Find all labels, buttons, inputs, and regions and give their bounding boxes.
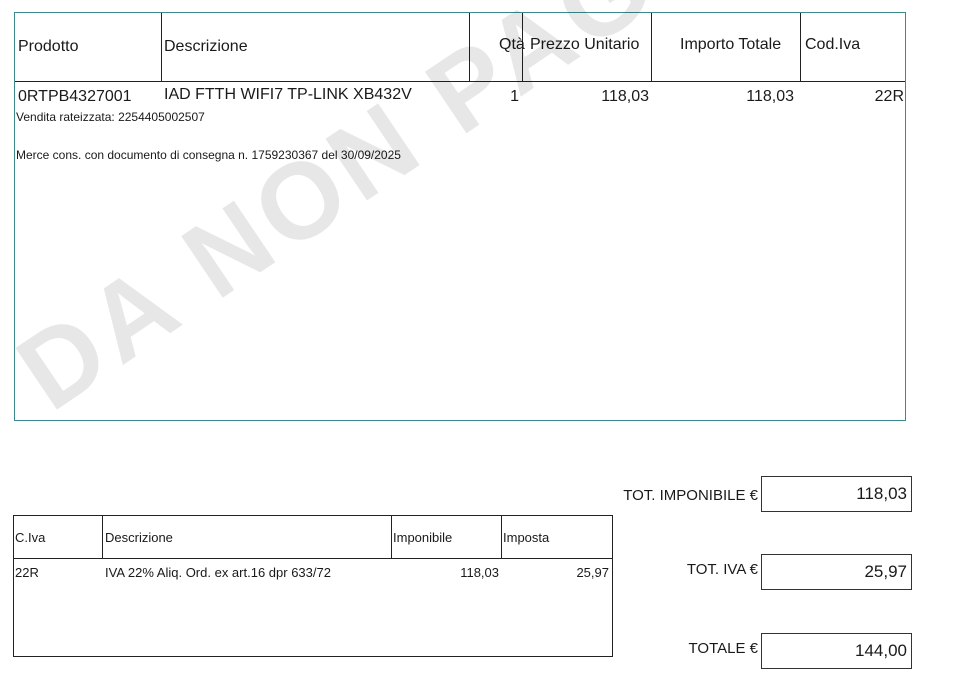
iva-row-imponibile: 118,03 <box>460 565 499 580</box>
column-divider <box>501 516 502 559</box>
invoice-lines-table: Prodotto Descrizione Qtà Prezzo Unitario… <box>14 12 906 421</box>
tot-iva-label: TOT. IVA € <box>687 561 758 578</box>
tot-iva-value: 25,97 <box>761 554 912 590</box>
column-divider <box>102 516 103 559</box>
header-descrizione: Descrizione <box>164 38 248 56</box>
iva-row-c-iva: 22R <box>15 565 39 580</box>
header-qta: Qtà <box>499 36 525 54</box>
tot-imponibile-label: TOT. IMPONIBILE € <box>623 487 758 504</box>
column-divider <box>469 13 470 82</box>
note-vendita-rateizzata: Vendita rateizzata: 2254405002507 <box>16 110 205 124</box>
row-qta: 1 <box>510 88 519 106</box>
iva-header-c-iva: C.Iva <box>15 530 45 545</box>
header-importo-totale: Importo Totale <box>680 36 781 54</box>
totale-label: TOTALE € <box>689 640 758 657</box>
column-divider <box>800 13 801 82</box>
column-divider <box>391 516 392 559</box>
row-prezzo-unitario: 118,03 <box>601 88 649 106</box>
note-documento-consegna: Merce cons. con documento di consegna n.… <box>16 148 401 162</box>
row-importo-totale: 118,03 <box>746 88 794 106</box>
iva-header-descrizione: Descrizione <box>105 530 173 545</box>
row-prodotto: 0RTPB4327001 <box>18 88 132 106</box>
iva-summary-table: C.Iva Descrizione Imponibile Imposta 22R… <box>13 515 613 657</box>
iva-header-imponibile: Imponibile <box>393 530 452 545</box>
iva-row-imposta: 25,97 <box>576 565 609 580</box>
row-cod-iva: 22R <box>875 88 904 106</box>
column-divider <box>651 13 652 82</box>
totale-value: 144,00 <box>761 633 912 669</box>
tot-imponibile-value: 118,03 <box>761 476 912 512</box>
iva-row-descrizione: IVA 22% Aliq. Ord. ex art.16 dpr 633/72 <box>105 565 331 580</box>
column-divider <box>161 13 162 82</box>
row-descrizione: IAD FTTH WIFI7 TP-LINK XB432V <box>164 86 412 104</box>
iva-header-imposta: Imposta <box>503 530 549 545</box>
header-cod-iva: Cod.Iva <box>805 36 860 54</box>
header-prodotto: Prodotto <box>18 38 78 56</box>
header-prezzo-unitario: Prezzo Unitario <box>530 36 639 54</box>
